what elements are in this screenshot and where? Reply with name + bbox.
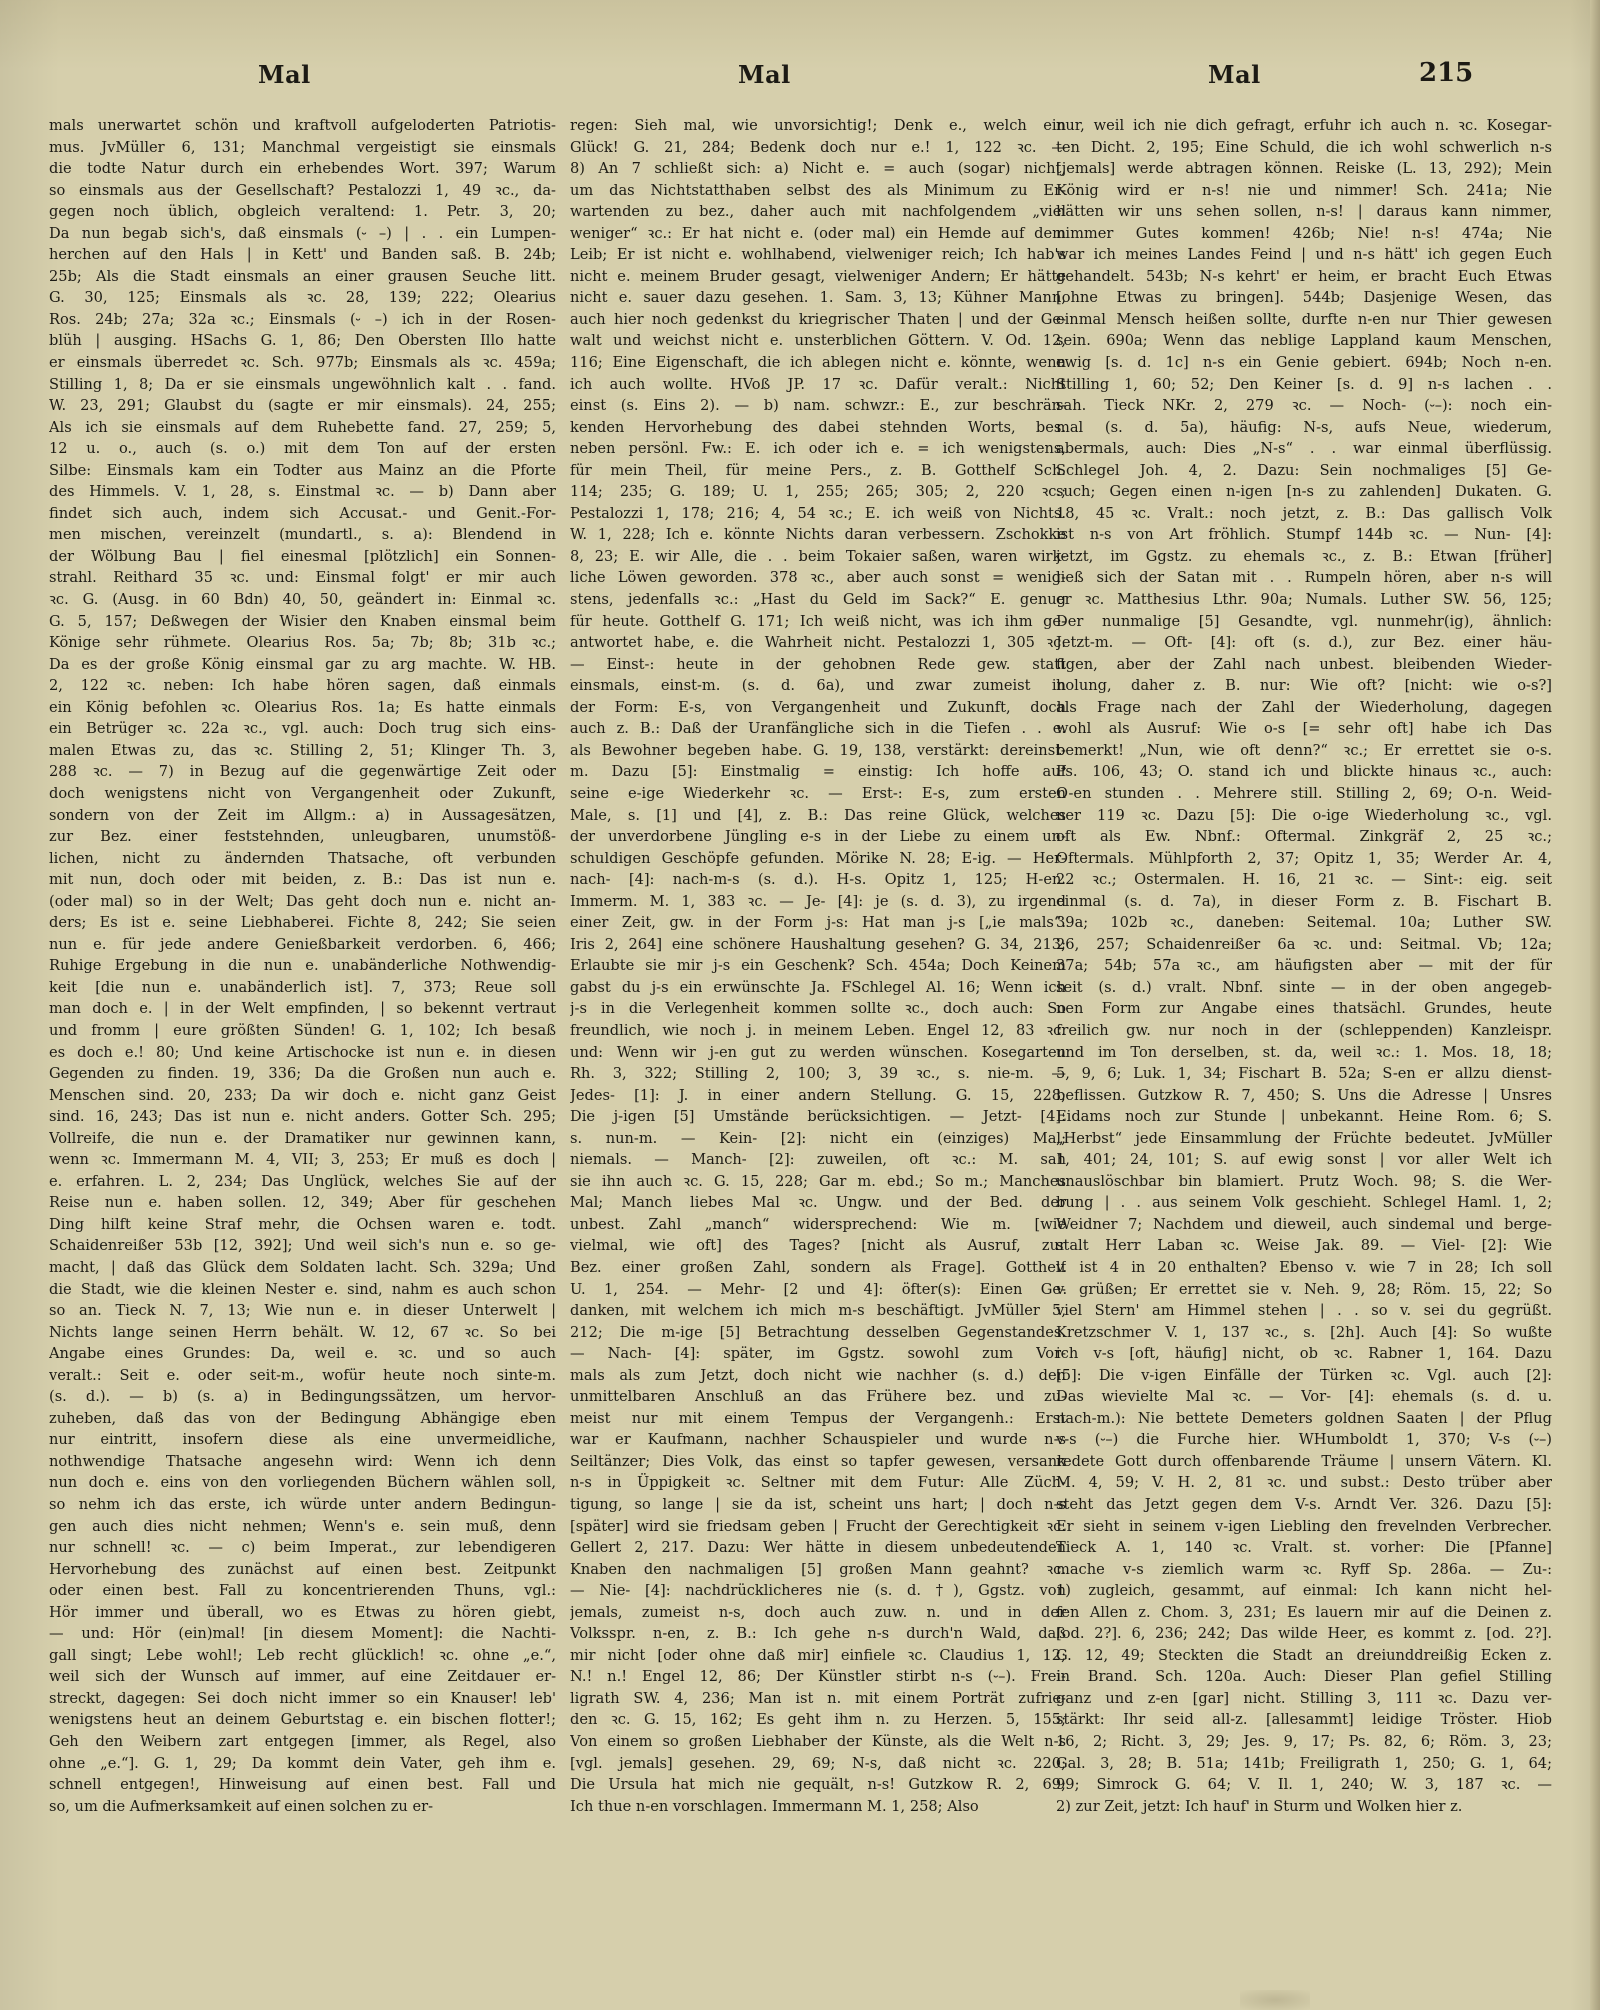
text-line: für heute. Gotthelf G. 171; Ich weiß nic… (570, 611, 1066, 633)
text-line: Stilling 1, 60; 52; Den Keiner [s. d. 9]… (1056, 374, 1552, 396)
text-line: danken, mit welchem ich mich m-s beschäf… (570, 1300, 1066, 1322)
text-line: Von einem so großen Liebhaber der Künste… (570, 1731, 1066, 1753)
text-line: so, um die Aufmerksamkeit auf einen solc… (49, 1796, 556, 1818)
text-line: für mein Theil, für meine Pers., z. B. G… (570, 460, 1066, 482)
text-line: oder einen best. Fall zu koncentrierende… (49, 1580, 556, 1602)
text-line: Erlaubte sie mir j-s ein Geschenk? Sch. … (570, 955, 1066, 977)
text-line: 2, 122 ꝛc. neben: Ich habe hören sagen, … (49, 675, 556, 697)
text-line: nur schnell! ꝛc. — c) beim Imperat., zur… (49, 1537, 556, 1559)
text-line: gegen noch üblich, obgleich veraltend: 1… (49, 201, 556, 223)
text-line: (s. d.). — b) (s. a) in Bedingungssätzen… (49, 1386, 556, 1408)
text-line: sind. 16, 243; Das ist nun e. nicht ande… (49, 1106, 556, 1128)
text-line: weniger“ ꝛc.: Er hat nicht e. (oder mal)… (570, 223, 1066, 245)
text-line: nach- [4]: nach-m-s (s. d.). H-s. Opitz … (570, 869, 1066, 891)
text-line: und: Wenn wir j-en gut zu werden wünsche… (570, 1042, 1066, 1064)
text-line: Als ich sie einsmals auf dem Ruhebette f… (49, 417, 556, 439)
text-line: nimmer Gutes kommen! 426b; Nie! n-s! 474… (1056, 223, 1552, 245)
text-line: [später] wird sie friedsam geben | Fruch… (570, 1516, 1066, 1538)
text-line: freundlich, wie noch j. in meinem Leben.… (570, 1020, 1066, 1042)
text-line: s. nun-m. — Kein- [2]: nicht ein (einzig… (570, 1128, 1066, 1150)
text-line: v. ist 4 in 20 enthalten? Ebenso v. wie … (1056, 1257, 1552, 1279)
text-line: antwortet habe, e. die Wahrheit nicht. P… (570, 632, 1066, 654)
text-line: wenigstens heut an deinem Geburtstag e. … (49, 1709, 556, 1731)
text-line: Ros. 24b; 27a; 32a ꝛc.; Einsmals (⏑ –) i… (49, 309, 556, 331)
text-line: [ohne Etwas zu bringen]. 544b; Dasjenige… (1056, 287, 1552, 309)
text-line: Menschen sind. 20, 233; Da wir doch e. n… (49, 1085, 556, 1107)
text-line: nach-m.): Nie bettete Demeters goldnen S… (1056, 1408, 1552, 1430)
text-line: Schaidenreißer 53b [12, 392]; Und weil s… (49, 1235, 556, 1257)
text-line: 116; Eine Eigenschaft, die ich ablegen n… (570, 352, 1066, 374)
text-line: Eidams noch zur Stunde | unbekannt. Hein… (1056, 1106, 1552, 1128)
text-line: herchen auf den Hals | in Kett' und Band… (49, 244, 556, 266)
text-line: Mal; Manch liebes Mal ꝛc. Ungw. und der … (570, 1192, 1066, 1214)
text-line: Seiltänzer; Dies Volk, das einst so tapf… (570, 1451, 1066, 1473)
running-head: Mal Mal Mal 215 (0, 60, 1600, 100)
text-line: Schlegel Joh. 4, 2. Dazu: Sein nochmalig… (1056, 460, 1552, 482)
text-line: nicht e. meinem Bruder gesagt, vielwenig… (570, 266, 1066, 288)
text-line: 26, 257; Schaidenreißer 6a ꝛc. und: Seit… (1056, 934, 1552, 956)
running-head-center: Mal (738, 60, 791, 89)
text-line: ich auch wollte. HVoß JP. 17 ꝛc. Dafür v… (570, 374, 1066, 396)
running-head-right: Mal (1208, 60, 1261, 89)
text-line: doch wenigstens nicht von Vergangenheit … (49, 783, 556, 805)
page-edge-shadow (1590, 0, 1600, 2010)
text-line: Nichts lange seinen Herrn behält. W. 12,… (49, 1322, 556, 1344)
text-column-3: nur, weil ich nie dich gefragt, erfuhr i… (1056, 115, 1552, 1875)
text-column-1: mals unerwartet schön und kraftvoll aufg… (49, 115, 556, 1875)
text-line: nothwendige Thatsache angesehn wird: Wen… (49, 1451, 556, 1473)
text-line: man doch e. | in der Welt empfinden, | s… (49, 998, 556, 1020)
text-line: 25b; Als die Stadt einsmals an einer gra… (49, 266, 556, 288)
text-line: Gal. 3, 28; B. 51a; 141b; Freiligrath 1,… (1056, 1753, 1552, 1775)
text-line: Er sieht in seinem v-igen Liebling den f… (1056, 1516, 1552, 1538)
text-line: [5]: Die v-igen Einfälle der Türken ꝛc. … (1056, 1365, 1552, 1387)
text-line: neben persönl. Fw.: E. ich oder ich e. =… (570, 438, 1066, 460)
text-line: G. 12, 49; Steckten die Stadt an dreiund… (1056, 1645, 1552, 1667)
text-line: [jemals] werde abtragen können. Reiske (… (1056, 158, 1552, 180)
dictionary-page: Mal Mal Mal 215 mals unerwartet schön un… (0, 0, 1600, 2010)
text-line: der unverdorbene Jüngling e-s in der Lie… (570, 826, 1066, 848)
text-line: 1) zugleich, gesammt, auf einmal: Ich ka… (1056, 1580, 1552, 1602)
text-line: Hervorhebung des zunächst auf einen best… (49, 1559, 556, 1581)
text-line: Gellert 2, 217. Dazu: Wer hätte in diese… (570, 1537, 1066, 1559)
text-line: Da nun begab sich's, daß einsmals (⏑ –) … (49, 223, 556, 245)
text-line: schuldigen Geschöpfe gefunden. Mörike N.… (570, 848, 1066, 870)
text-line: regen: Sieh mal, wie unvorsichtig!; Denk… (570, 115, 1066, 137)
text-line: 12 u. o., auch (s. o.) mit dem Ton auf d… (49, 438, 556, 460)
text-line: vielmal, wie oft] des Tages? [nicht als … (570, 1235, 1066, 1257)
text-line: Iris 2, 264] eine schönere Haushaltung g… (570, 934, 1066, 956)
text-line: Rh. 3, 322; Stilling 2, 100; 3, 39 ꝛc., … (570, 1063, 1066, 1085)
text-line: veralt.: Seit e. oder seit-m., wofür heu… (49, 1365, 556, 1387)
text-line: „Herbst“ jede Einsammlung der Früchte be… (1056, 1128, 1552, 1150)
text-line: Jedes- [1]: J. in einer andern Stellung.… (570, 1085, 1066, 1107)
text-line: Knaben den nachmaligen [5] großen Mann g… (570, 1559, 1066, 1581)
text-line: ten Dicht. 2, 195; Eine Schuld, die ich … (1056, 137, 1552, 159)
text-column-2: regen: Sieh mal, wie unvorsichtig!; Denk… (570, 115, 1066, 1875)
text-line: ꝛc. G. (Ausg. in 60 Bdn) 40, 50, geänder… (49, 589, 556, 611)
text-line: Glück! G. 21, 284; Bedenk doch nur e.! 1… (570, 137, 1066, 159)
text-line: 8) An 7 schließt sich: a) Nicht e. = auc… (570, 158, 1066, 180)
text-line: niemals. — Manch- [2]: zuweilen, oft ꝛc.… (570, 1149, 1066, 1171)
text-line: hätten wir uns sehen sollen, n-s! | dara… (1056, 201, 1552, 223)
text-line: redete Gott durch offenbarende Träume | … (1056, 1451, 1552, 1473)
text-line: wartenden zu bez., daher auch mit nachfo… (570, 201, 1066, 223)
text-line: der Wölbung Bau | fiel einesmal [plötzli… (49, 546, 556, 568)
text-line: schnell entgegen!, Hinweisung auf einen … (49, 1774, 556, 1796)
text-line: Silbe: Einsmals kam ein Todter aus Mainz… (49, 460, 556, 482)
text-line: [od. 2?]. 6, 236; 242; Das wilde Heer, e… (1056, 1623, 1552, 1645)
text-line: stärkt: Ihr seid all-z. [allesammt] leid… (1056, 1709, 1552, 1731)
text-line: die todte Natur durch ein erhebendes Wor… (49, 158, 556, 180)
text-line: malen Etwas zu, das ꝛc. Stilling 2, 51; … (49, 740, 556, 762)
text-line: seit (s. d.) vralt. Nbnf. sinte — in der… (1056, 977, 1552, 999)
text-line: und im Ton derselben, st. da, weil ꝛc.: … (1056, 1042, 1552, 1064)
text-line: — und: Hör (ein)mal! [in diesem Moment]:… (49, 1623, 556, 1645)
text-line: Da es der große König einsmal gar zu arg… (49, 654, 556, 676)
text-line: so an. Tieck N. 7, 13; Wie nun e. in die… (49, 1300, 556, 1322)
page-number: 215 (1419, 58, 1473, 88)
text-line: mal (s. d. 5a), häufig: N-s, aufs Neue, … (1056, 417, 1552, 439)
text-line: v-s (⏑–) die Furche hier. WHumboldt 1, 3… (1056, 1429, 1552, 1451)
text-line: die Stadt, wie die kleinen Nester e. sin… (49, 1279, 556, 1301)
text-line: Oftermals. Mühlpforth 2, 37; Opitz 1, 35… (1056, 848, 1552, 870)
text-line: 18, 45 ꝛc. Vralt.: noch jetzt, z. B.: Da… (1056, 503, 1552, 525)
text-line: mals unerwartet schön und kraftvoll aufg… (49, 115, 556, 137)
text-line: Geh den Weibern zart entgegen [immer, al… (49, 1731, 556, 1753)
text-line: fen Allen z. Chom. 3, 231; Es lauern mir… (1056, 1602, 1552, 1624)
text-line: gehandelt. 543b; N-s kehrt' er heim, er … (1056, 266, 1552, 288)
text-line: einst (s. Eins 2). — b) nam. schwzr.: E.… (570, 395, 1066, 417)
text-line: 99; Simrock G. 64; V. Il. 1, 240; W. 3, … (1056, 1774, 1552, 1796)
text-line: als Bewohner begeben habe. G. 19, 138, v… (570, 740, 1066, 762)
text-line: kenden Hervorhebung des dabei stehnden W… (570, 417, 1066, 439)
text-line: Immerm. M. 1, 383 ꝛc. — Je- [4]: je (s. … (570, 891, 1066, 913)
text-line: m. Dazu [5]: Einstmalig = einstig: Ich h… (570, 761, 1066, 783)
text-line: holung, daher z. B. nur: Wie oft? [nicht… (1056, 675, 1552, 697)
text-line: Der nunmalige [5] Gesandte, vgl. nunmehr… (1056, 611, 1552, 633)
text-line: N.! n.! Engel 12, 86; Der Künstler stirb… (570, 1666, 1066, 1688)
text-line: ich v-s [oft, häufig] nicht, ob ꝛc. Rabn… (1056, 1343, 1552, 1365)
text-line: des Himmels. V. 1, 28, s. Einstmal ꝛc. —… (49, 481, 556, 503)
text-line: zuheben, daß das von der Bedingung Abhän… (49, 1408, 556, 1430)
text-line: (oder mal) so in der Welt; Das geht doch… (49, 891, 556, 913)
text-line: zur Bez. einer feststehnden, unleugbaren… (49, 826, 556, 848)
text-line: der Form: E-s, von Vergangenheit und Zuk… (570, 697, 1066, 719)
text-line: jemals, zumeist n-s, doch auch zuw. n. u… (570, 1602, 1066, 1624)
text-line: 2) zur Zeit, jetzt: Ich hauf' in Sturm u… (1056, 1796, 1552, 1818)
text-line: 8, 23; E. wir Alle, die . . beim Tokaier… (570, 546, 1066, 568)
text-line: nun e. für jede andere Genießbarkeit ver… (49, 934, 556, 956)
text-line: bung | . . aus seinem Volk geschieht. Sc… (1056, 1192, 1552, 1214)
text-line: keit [die nun e. unabänderlich ist]. 7, … (49, 977, 556, 999)
text-line: figen, aber der Zahl nach unbest. bleibe… (1056, 654, 1552, 676)
text-line: 5, 9, 6; Luk. 1, 34; Fischart B. 52a; S-… (1056, 1063, 1552, 1085)
text-line: Pestalozzi 1, 178; 216; 4, 54 ꝛc.; E. ic… (570, 503, 1066, 525)
text-line: Ich thue n-en vorschlagen. Immermann M. … (570, 1796, 1066, 1818)
text-line: Reise nun e. haben sollen. 12, 349; Aber… (49, 1192, 556, 1214)
text-line: abermals, auch: Dies „N-s“ . . war einma… (1056, 438, 1552, 460)
text-line: j-s in die Verlegenheit kommen sollte ꝛc… (570, 998, 1066, 1020)
text-line: Leib; Er ist nicht e. wohlhabend, vielwe… (570, 244, 1066, 266)
text-line: Vollreife, die nun e. der Dramatiker nur… (49, 1128, 556, 1150)
text-line: Die Ursula hat mich nie gequält, n-s! Gu… (570, 1774, 1066, 1796)
text-line: 39a; 102b ꝛc., daneben: Seitemal. 10a; L… (1056, 912, 1552, 934)
text-line: bemerkt! „Nun, wie oft denn?“ ꝛc.; Er er… (1056, 740, 1552, 762)
text-line: [vgl. jemals] gesehen. 29, 69; N-s, daß … (570, 1753, 1066, 1775)
text-line: Kretzschmer V. 1, 137 ꝛc., s. [2h]. Auch… (1056, 1322, 1552, 1344)
text-line: 1, 401; 24, 101; S. auf ewig sonst | vor… (1056, 1149, 1552, 1171)
text-line: viel Stern' am Himmel stehen | . . so v.… (1056, 1300, 1552, 1322)
text-line: M. 4, 59; V. H. 2, 81 ꝛc. und subst.: De… (1056, 1472, 1552, 1494)
text-line: mir nicht [oder ohne daß mir] einfiele ꝛ… (570, 1645, 1066, 1667)
text-line: er ꝛc. Matthesius Lthr. 90a; Numals. Lut… (1056, 589, 1552, 611)
text-line: 212; Die m-ige [5] Betrachtung desselben… (570, 1322, 1066, 1344)
text-line: unauslöschbar bin blamiert. Prutz Woch. … (1056, 1171, 1552, 1193)
text-line: tigung, so lange | sie da ist, scheint u… (570, 1494, 1066, 1516)
text-line: such; Gegen einen n-igen [n-s zu zahlend… (1056, 481, 1552, 503)
text-line: mache v-s ziemlich warm ꝛc. Ryff Sp. 286… (1056, 1559, 1552, 1581)
text-line: sie ihn auch ꝛc. G. 15, 228; Gar m. ebd.… (570, 1171, 1066, 1193)
text-line: auch z. B.: Daß der Uranfängliche sich i… (570, 718, 1066, 740)
text-line: findet sich auch, indem sich Accusat.- u… (49, 503, 556, 525)
text-line: in Brand. Sch. 120a. Auch: Dieser Plan g… (1056, 1666, 1552, 1688)
text-line: war ich meines Landes Feind | und n-s hä… (1056, 244, 1552, 266)
text-line: ist n-s von Art fröhlich. Stumpf 144b ꝛc… (1056, 524, 1552, 546)
text-line: Könige sehr rühmete. Olearius Ros. 5a; 7… (49, 632, 556, 654)
text-line: Weidner 7; Nachdem und dieweil, auch sin… (1056, 1214, 1552, 1236)
text-line: stens, jedenfalls ꝛc.: „Hast du Geld im … (570, 589, 1066, 611)
text-line: nicht e. sauer dazu gesehen. 1. Sam. 3, … (570, 287, 1066, 309)
text-line: 16, 2; Richt. 3, 29; Jes. 9, 17; Ps. 82,… (1056, 1731, 1552, 1753)
text-line: e. erfahren. L. 2, 234; Das Unglück, wel… (49, 1171, 556, 1193)
text-line: einsmals, einst-m. (s. d. 6a), und zwar … (570, 675, 1066, 697)
text-line: sah. Tieck NKr. 2, 279 ꝛc. — Noch- (⏑–):… (1056, 395, 1552, 417)
text-line: Angabe eines Grundes: Da, weil e. ꝛc. un… (49, 1343, 556, 1365)
text-line: G. 30, 125; Einsmals als ꝛc. 28, 139; 22… (49, 287, 556, 309)
text-line: nur, weil ich nie dich gefragt, erfuhr i… (1056, 115, 1552, 137)
text-line: strahl. Reithard 35 ꝛc. und: Einsmal fol… (49, 567, 556, 589)
text-line: Gegenden zu finden. 19, 336; Da die Groß… (49, 1063, 556, 1085)
text-line: freilich gw. nur noch in der (schleppend… (1056, 1020, 1552, 1042)
text-line: Volksspr. n-en, z. B.: Ich gehe n-s durc… (570, 1623, 1066, 1645)
text-line: steht das Jetzt gegen dem V-s. Arndt Ver… (1056, 1494, 1552, 1516)
text-line: Ding hilft keine Straf mehr, die Ochsen … (49, 1214, 556, 1236)
text-line: n-s in Üppigkeit ꝛc. Seltner mit dem Fut… (570, 1472, 1066, 1494)
text-line: stalt Herr Laban ꝛc. Weise Jak. 89. — Vi… (1056, 1235, 1552, 1257)
text-line: Male, s. [1] und [4], z. B.: Das reine G… (570, 805, 1066, 827)
text-line: gen auch dies nicht nehmen; Wenn's e. se… (49, 1516, 556, 1538)
text-line: als Frage nach der Zahl der Wiederholung… (1056, 697, 1552, 719)
text-line: einer Zeit, gw. in der Form j-s: Hat man… (570, 912, 1066, 934)
text-line: Die j-igen [5] Umstände berücksichtigen.… (570, 1106, 1066, 1128)
text-line: ohne „e.“]. G. 1, 29; Da kommt dein Vate… (49, 1753, 556, 1775)
text-line: O-en stunden . . Mehrere still. Stilling… (1056, 783, 1552, 805)
text-line: seine e-ige Wiederkehr ꝛc. — Erst-: E-s,… (570, 783, 1066, 805)
text-line: sondern von der Zeit im Allgm.: a) in Au… (49, 805, 556, 827)
text-line: nur eintritt, insofern diese als eine un… (49, 1429, 556, 1451)
text-line: wohl als Ausruf: Wie o-s [= sehr oft] ha… (1056, 718, 1552, 740)
running-head-left: Mal (258, 60, 311, 89)
text-line: U. 1, 254. — Mehr- [2 und 4]: öfter(s): … (570, 1279, 1066, 1301)
text-line: men mischen, vereinzelt (mundartl., s. a… (49, 524, 556, 546)
text-line: wenn ꝛc. Immermann M. 4, VII; 3, 253; Er… (49, 1149, 556, 1171)
text-line: den ꝛc. G. 15, 162; Es geht ihm n. zu He… (570, 1709, 1066, 1731)
text-line: mit nun, doch oder mit beiden, z. B.: Da… (49, 869, 556, 891)
text-line: 22 ꝛc.; Ostermalen. H. 16, 21 ꝛc. — Sint… (1056, 869, 1552, 891)
text-line: — Einst-: heute in der gehobnen Rede gew… (570, 654, 1066, 676)
text-line: es doch e.! 80; Und keine Artischocke is… (49, 1042, 556, 1064)
text-line: — Nach- [4]: später, im Ggstz. sowohl zu… (570, 1343, 1066, 1365)
text-line: unbest. Zahl „manch“ widersprechend: Wie… (570, 1214, 1066, 1236)
paper-stain (1240, 1990, 1310, 2010)
text-line: sein. 690a; Wenn das neblige Lappland ka… (1056, 330, 1552, 352)
text-line: und fromm | eure größten Sünden! G. 1, 1… (49, 1020, 556, 1042)
text-line: ein Betrüger ꝛc. 22a ꝛc., vgl. auch: Doc… (49, 718, 556, 740)
text-line: mals als zum Jetzt, doch nicht wie nachh… (570, 1365, 1066, 1387)
text-line: ließ sich der Satan mit . . Rumpeln höre… (1056, 567, 1552, 589)
text-line: einmal Mensch heißen sollte, durfte n-en… (1056, 309, 1552, 331)
text-line: ganz und z-en [gar] nicht. Stilling 3, 1… (1056, 1688, 1552, 1710)
text-line: streckt, dagegen: Sei doch nicht immer s… (49, 1688, 556, 1710)
text-line: Tieck A. 1, 140 ꝛc. Vralt. st. vorher: D… (1056, 1537, 1552, 1559)
text-line: so einsmals aus der Gesellschaft? Pestal… (49, 180, 556, 202)
text-line: mus. JvMüller 6, 131; Manchmal vergeisti… (49, 137, 556, 159)
text-line: liche Löwen geworden. 378 ꝛc., aber auch… (570, 567, 1066, 589)
text-line: meist nur mit einem Tempus der Vergangen… (570, 1408, 1066, 1430)
text-line: einmal (s. d. 7a), in dieser Form z. B. … (1056, 891, 1552, 913)
text-line: war er Kaufmann, nachher Schauspieler un… (570, 1429, 1066, 1451)
text-line: jetzt, im Ggstz. zu ehemals ꝛc., z. B.: … (1056, 546, 1552, 568)
text-line: so nehm ich das erste, ich würde unter a… (49, 1494, 556, 1516)
text-line: 288 ꝛc. — 7) in Bezug auf die gegenwärti… (49, 761, 556, 783)
text-line: er einsmals überredet ꝛc. Sch. 977b; Ein… (49, 352, 556, 374)
text-line: Das wievielte Mal ꝛc. — Vor- [4]: ehemal… (1056, 1386, 1552, 1408)
text-line: ders; Es ist e. seine Liebhaberei. Ficht… (49, 912, 556, 934)
text-line: König wird er n-s! nie und nimmer! Sch. … (1056, 180, 1552, 202)
text-line: G. 5, 157; Deßwegen der Wisier den Knabe… (49, 611, 556, 633)
text-line: gabst du j-s ein erwünschte Ja. FSchlege… (570, 977, 1066, 999)
text-line: 37a; 54b; 57a ꝛc., am häufigsten aber — … (1056, 955, 1552, 977)
text-line: — Nie- [4]: nachdrücklicheres nie (s. d.… (570, 1580, 1066, 1602)
text-line: walt und weichst nicht e. unsterblichen … (570, 330, 1066, 352)
text-line: lichen, nicht zu ändernden Thatsache, of… (49, 848, 556, 870)
text-line: 114; 235; G. 189; U. 1, 255; 265; 305; 2… (570, 481, 1066, 503)
text-line: Stilling 1, 8; Da er sie einsmals ungewö… (49, 374, 556, 396)
text-line: oft als Ew. Nbnf.: Oftermal. Zinkgräf 2,… (1056, 826, 1552, 848)
text-line: gall singt; Lebe wohl!; Leb recht glückl… (49, 1645, 556, 1667)
text-line: W. 1, 228; Ich e. könnte Nichts daran ve… (570, 524, 1066, 546)
text-line: ein König befohlen ꝛc. Olearius Ros. 1a;… (49, 697, 556, 719)
text-line: um das Nichtstatthaben selbst des als Mi… (570, 180, 1066, 202)
text-line: beflissen. Gutzkow R. 7, 450; S. Uns die… (1056, 1085, 1552, 1107)
text-line: v. grüßen; Er errettet sie v. Neh. 9, 28… (1056, 1279, 1552, 1301)
text-line: ewig [s. d. 1c] n-s ein Genie gebiert. 6… (1056, 352, 1552, 374)
text-line: nen Form zur Angabe eines thatsächl. Gru… (1056, 998, 1552, 1020)
text-line: ner 119 ꝛc. Dazu [5]: Die o-ige Wiederho… (1056, 805, 1552, 827)
text-line: Ps. 106, 43; O. stand ich und blickte hi… (1056, 761, 1552, 783)
text-line: macht, | daß das Glück dem Soldaten lach… (49, 1257, 556, 1279)
text-line: nun doch e. eins von den vorliegenden Bü… (49, 1472, 556, 1494)
text-line: blüh | ausging. HSachs G. 1, 86; Den Obe… (49, 330, 556, 352)
text-line: weil sich der Wunsch auf immer, auf eine… (49, 1666, 556, 1688)
text-line: Ruhige Ergebung in die nun e. unabänderl… (49, 955, 556, 977)
text-line: Jetzt-m. — Oft- [4]: oft (s. d.), zur Be… (1056, 632, 1552, 654)
text-line: unmittelbaren Anschluß an das Frühere be… (570, 1386, 1066, 1408)
text-line: Hör immer und überall, wo es Etwas zu hö… (49, 1602, 556, 1624)
text-line: W. 23, 291; Glaubst du (sagte er mir ein… (49, 395, 556, 417)
text-line: ligrath SW. 4, 236; Man ist n. mit einem… (570, 1688, 1066, 1710)
text-line: auch hier noch gedenkst du kriegrischer … (570, 309, 1066, 331)
text-line: Bez. einer großen Zahl, sondern als Frag… (570, 1257, 1066, 1279)
